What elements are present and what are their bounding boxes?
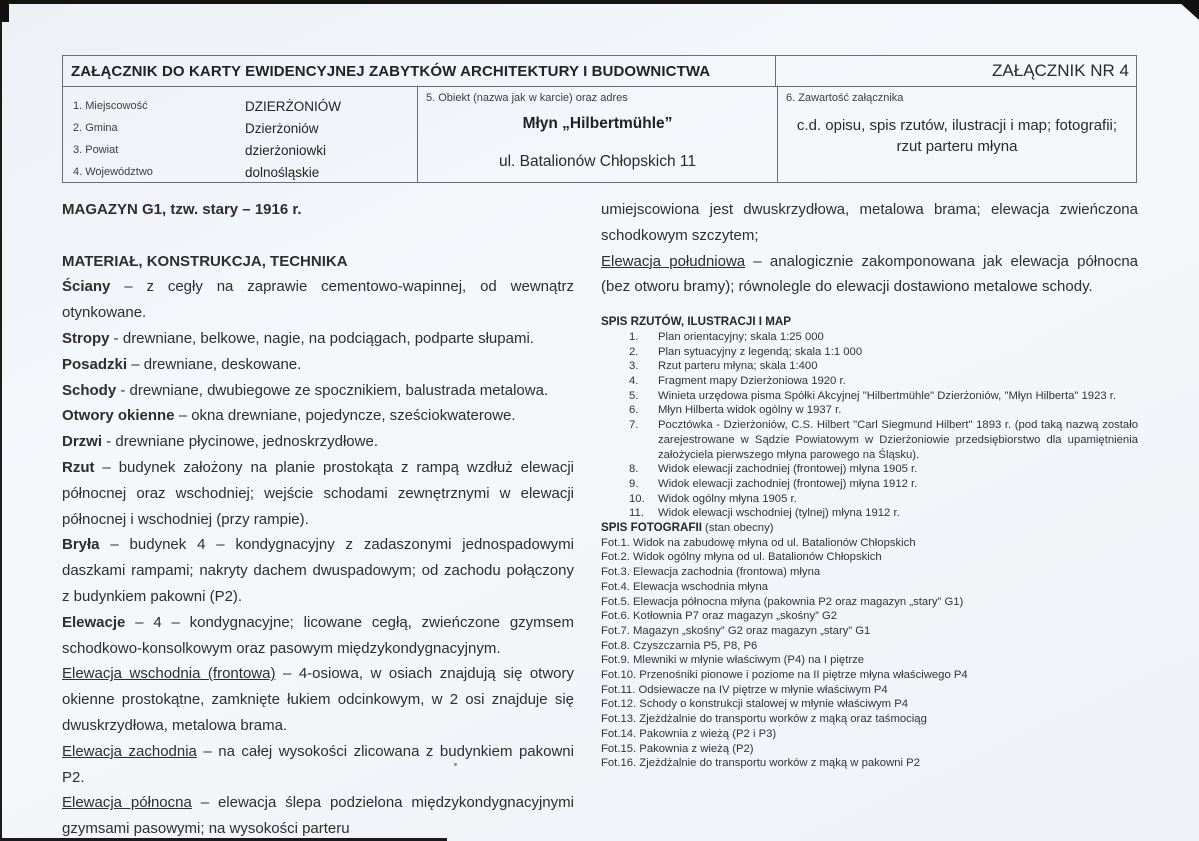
list-text: Plan sytuacyjny z legendą; skala 1:1 000 (658, 346, 862, 358)
document-title: ZAŁĄCZNIK DO KARTY EWIDENCYJNEJ ZABYTKÓW… (63, 56, 776, 86)
document-page: ZAŁĄCZNIK DO KARTY EWIDENCYJNEJ ZABYTKÓW… (0, 0, 1199, 841)
paragraph-lead: Elewacja wschodnia (frontowa) (62, 665, 275, 682)
paragraph-text: – budynek założony na planie prostokąta … (62, 459, 574, 528)
paragraph-otwory-okienne: Otwory okienne – okna drewniane, pojedyn… (62, 403, 574, 429)
photo-list-item: Fot.2. Widok ogólny młyna od ul. Batalio… (601, 550, 1138, 565)
paragraph-lead: Schody (62, 382, 116, 399)
lists-section: SPIS RZUTÓW, ILUSTRACJI I MAP 1.Plan ori… (601, 315, 1138, 771)
maps-list-heading: SPIS RZUTÓW, ILUSTRACJI I MAP (601, 315, 1138, 330)
list-text: Widok ogólny młyna 1905 r. (658, 493, 797, 505)
contents-value: c.d. opisu, spis rzutów, ilustracji i ma… (786, 115, 1128, 157)
photo-list-item: Fot.1. Widok na zabudowę młyna od ul. Ba… (601, 536, 1138, 551)
photo-list-item: Fot.7. Magazyn „skośny” G2 oraz magazyn … (601, 624, 1138, 639)
paragraph-text: – drewniane, deskowane. (127, 356, 301, 373)
photo-list-item: Fot.9. Mlewniki w młynie właściwym (P4) … (601, 653, 1138, 668)
paragraph-text: – z cegły na zaprawie cementowo-wapinnej… (62, 278, 574, 321)
paragraph-rzut: Rzut – budynek założony na planie prosto… (62, 455, 574, 532)
list-number: 4. (629, 374, 638, 389)
map-list-item: 8.Widok elewacji zachodniej (frontowej) … (601, 462, 1138, 477)
right-column: umiejscowiona jest dwuskrzydłowa, metalo… (601, 197, 1138, 771)
paragraph-continuation: umiejscowiona jest dwuskrzydłowa, metalo… (601, 197, 1138, 249)
list-number: 6. (629, 403, 638, 418)
map-list-item: 11.Widok elewacji wschodniej (tylnej) mł… (601, 506, 1138, 521)
field-miejscowosc: 1. Miejscowość DZIERŻONIÓW (73, 95, 407, 117)
photo-list-item: Fot.14. Pakownia z wieżą (P2 i P3) (601, 727, 1138, 742)
header-title-row: ZAŁĄCZNIK DO KARTY EWIDENCYJNEJ ZABYTKÓW… (63, 56, 1136, 87)
field-label: 2. Gmina (73, 122, 245, 134)
photo-list-item: Fot.15. Pakownia z wieżą (P2) (601, 742, 1138, 757)
paragraph-elewacja-poludniowa: Elewacja południowa – analogicznie zakom… (601, 249, 1138, 301)
paragraph-lead: Posadzki (62, 356, 127, 373)
scan-edge-left (0, 0, 2, 841)
list-number: 9. (629, 477, 638, 492)
map-list-item: 9.Widok elewacji zachodniej (frontowej) … (601, 477, 1138, 492)
photos-heading-bold: SPIS FOTOGRAFII (601, 521, 702, 534)
paragraph-elewacja-polnocna: Elewacja północna – elewacja ślepa podzi… (62, 790, 574, 841)
contents-cell: 6. Zawartość załącznika c.d. opisu, spis… (778, 87, 1136, 183)
paragraph-lead: Elewacja północna (62, 794, 192, 811)
photos-list-heading: SPIS FOTOGRAFII (stan obecny) (601, 521, 1138, 536)
photos-heading-suffix: (stan obecny) (702, 522, 774, 534)
left-column: MAGAZYN G1, tzw. stary – 1916 r. MATERIA… (62, 197, 574, 841)
field-label: 3. Powiat (73, 144, 245, 156)
photo-list-item: Fot.13. Zjeżdżalnie do transportu worków… (601, 712, 1138, 727)
photo-list-item: Fot.3. Elewacja zachodnia (frontowa) mły… (601, 565, 1138, 580)
field-value: dzierżoniowki (245, 143, 407, 158)
object-address: ul. Batalionów Chłopskich 11 (426, 153, 769, 171)
paragraph-lead: Elewacja zachodnia (62, 743, 197, 760)
paragraph-elewacje: Elewacje – 4 – kondygnacyjne; licowane c… (62, 610, 574, 662)
paragraph-sciany: Ściany – z cegły na zaprawie cementowo-w… (62, 274, 574, 326)
scan-edge-top (0, 0, 1199, 4)
paragraph-lead: Rzut (62, 459, 95, 476)
list-number: 2. (629, 345, 638, 360)
photo-list-item: Fot.4. Elewacja wschodnia młyna (601, 580, 1138, 595)
header-table: ZAŁĄCZNIK DO KARTY EWIDENCYJNEJ ZABYTKÓW… (62, 55, 1137, 183)
list-number: 5. (629, 389, 638, 404)
object-cell: 5. Obiekt (nazwa jak w karcie) oraz adre… (418, 87, 778, 183)
paragraph-elewacja-zachodnia: Elewacja zachodnia – na całej wysokości … (62, 739, 574, 791)
map-list-item: 4.Fragment mapy Dzierżoniowa 1920 r. (601, 374, 1138, 389)
paragraph-schody: Schody - drewniane, dwubiegowe ze spoczn… (62, 378, 574, 404)
photo-list-item: Fot.5. Elewacja północna młyna (pakownia… (601, 595, 1138, 610)
field-powiat: 3. Powiat dzierżoniowki (73, 139, 407, 161)
paragraph-elewacja-wschodnia: Elewacja wschodnia (frontowa) – 4-osiowa… (62, 661, 574, 738)
field-gmina: 2. Gmina Dzierżoniów (73, 117, 407, 139)
photo-list-item: Fot.8. Czyszczarnia P5, P8, P6 (601, 639, 1138, 654)
paragraph-text: – budynek 4 – kondygnacyjny z zadaszonym… (62, 536, 574, 605)
paragraph-lead: Stropy (62, 330, 110, 347)
photo-list-item: Fot.16. Zjeżdżalnie do transportu worków… (601, 756, 1138, 771)
location-fields: 1. Miejscowość DZIERŻONIÓW 2. Gmina Dzie… (63, 87, 418, 183)
paragraph-lead: Elewacje (62, 614, 125, 631)
map-list-item: 3.Rzut parteru młyna; skala 1:400 (601, 359, 1138, 374)
paragraph-text: – okna drewniane, pojedyncze, sześciokwa… (175, 407, 516, 424)
field-label: 1. Miejscowość (73, 100, 245, 112)
map-list-item: 5.Winieta urzędowa pisma Spółki Akcyjnej… (601, 389, 1138, 404)
list-text: Rzut parteru młyna; skala 1:400 (658, 360, 818, 372)
paragraph-text: - drewniane, dwubiegowe ze spocznikiem, … (116, 382, 548, 399)
scan-corner-top-right (1177, 0, 1199, 20)
map-list-item: 10.Widok ogólny młyna 1905 r. (601, 492, 1138, 507)
scan-corner-top-left (0, 0, 9, 22)
field-label: 4. Województwo (73, 166, 245, 178)
map-list-item: 7.Pocztówka - Dzierżoniów, C.S. Hilbert … (601, 418, 1138, 462)
paragraph-stropy: Stropy - drewniane, belkowe, nagie, na p… (62, 326, 574, 352)
field-value: DZIERŻONIÓW (245, 99, 407, 114)
object-name: Młyn „Hilbertmühle” (426, 115, 769, 133)
list-text: Widok elewacji wschodniej (tylnej) młyna… (658, 507, 900, 519)
contents-cell-label: 6. Zawartość załącznika (786, 92, 1128, 104)
field-value: dolnośląskie (245, 165, 407, 180)
list-text: Widok elewacji zachodniej (frontowej) mł… (658, 478, 917, 490)
list-text: Winieta urzędowa pisma Spółki Akcyjnej "… (658, 390, 1116, 402)
header-fields-row: 1. Miejscowość DZIERŻONIÓW 2. Gmina Dzie… (63, 87, 1136, 182)
list-number: 8. (629, 462, 638, 477)
paragraph-text: - drewniane, belkowe, nagie, na podciąga… (110, 330, 534, 347)
photo-list-item: Fot.11. Odsiewacze na IV piętrze w młyni… (601, 683, 1138, 698)
paragraph-lead: Bryła (62, 536, 100, 553)
paragraph-text: - drewniane płycinowe, jednoskrzydłowe. (102, 433, 378, 450)
paragraph-lead: Drzwi (62, 433, 102, 450)
list-number: 10. (629, 492, 645, 507)
attachment-number: ZAŁĄCZNIK NR 4 (776, 56, 1136, 86)
map-list-item: 1.Plan orientacyjny; skala 1:25 000 (601, 330, 1138, 345)
paragraph-lead: Elewacja południowa (601, 253, 745, 270)
list-number: 3. (629, 359, 638, 374)
list-text: Fragment mapy Dzierżoniowa 1920 r. (658, 375, 846, 387)
section-heading-material: MATERIAŁ, KONSTRUKCJA, TECHNIKA (62, 249, 574, 275)
list-number: 7. (629, 418, 638, 433)
paragraph-posadzki: Posadzki – drewniane, deskowane. (62, 352, 574, 378)
paragraph-lead: Ściany (62, 278, 110, 295)
section-heading-magazyn: MAGAZYN G1, tzw. stary – 1916 r. (62, 197, 574, 223)
field-value: Dzierżoniów (245, 121, 407, 136)
photo-list-item: Fot.6. Kotłownia P7 oraz magazyn „skośny… (601, 609, 1138, 624)
list-text: Widok elewacji zachodniej (frontowej) mł… (658, 463, 917, 475)
object-cell-label: 5. Obiekt (nazwa jak w karcie) oraz adre… (426, 92, 769, 104)
paragraph-text: – 4 – kondygnacyjne; licowane cegłą, zwi… (62, 614, 574, 657)
paragraph-drzwi: Drzwi - drewniane płycinowe, jednoskrzyd… (62, 429, 574, 455)
map-list-item: 2.Plan sytuacyjny z legendą; skala 1:1 0… (601, 345, 1138, 360)
photo-list-item: Fot.12. Schody o konstrukcji stalowej w … (601, 697, 1138, 712)
list-number: 1. (629, 330, 638, 345)
list-text: Plan orientacyjny; skala 1:25 000 (658, 331, 824, 343)
list-text: Młyn Hilberta widok ogólny w 1937 r. (658, 404, 841, 416)
map-list-item: 6.Młyn Hilberta widok ogólny w 1937 r. (601, 403, 1138, 418)
photo-list-item: Fot.10. Przenośniki pionowe i poziome na… (601, 668, 1138, 683)
paragraph-lead: Otwory okienne (62, 407, 175, 424)
list-number: 11. (629, 506, 644, 521)
field-wojewodztwo: 4. Województwo dolnośląskie (73, 161, 407, 183)
list-text: Pocztówka - Dzierżoniów, C.S. Hilbert "C… (658, 419, 1138, 460)
paragraph-bryla: Bryła – budynek 4 – kondygnacyjny z zada… (62, 532, 574, 609)
